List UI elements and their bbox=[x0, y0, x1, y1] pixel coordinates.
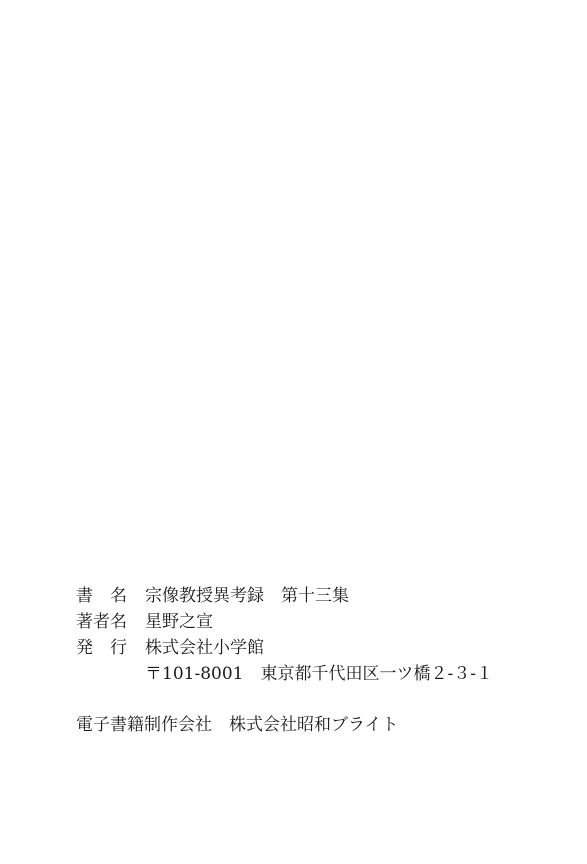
colophon-row-publisher: 発 行 株式会社小学館 bbox=[76, 635, 399, 661]
title-value: 宗像教授異考録 第十三集 bbox=[145, 583, 349, 609]
publisher-value: 株式会社小学館 bbox=[145, 635, 264, 661]
author-label: 著者名 bbox=[76, 609, 127, 635]
colophon-row-title: 書 名 宗像教授異考録 第十三集 bbox=[76, 583, 399, 609]
title-label: 書 名 bbox=[76, 583, 127, 609]
spacer bbox=[76, 688, 399, 712]
publisher-address: 〒101‐8001 東京都千代田区一ツ橋２‐３‐１ bbox=[145, 661, 493, 687]
colophon-row-address: 〒101‐8001 東京都千代田区一ツ橋２‐３‐１ bbox=[76, 661, 399, 688]
author-value: 星野之宣 bbox=[145, 609, 213, 635]
colophon: 書 名 宗像教授異考録 第十三集 著者名 星野之宣 発 行 株式会社小学館 〒1… bbox=[76, 583, 399, 738]
ebook-production-credit: 電子書籍制作会社 株式会社昭和ブライト bbox=[76, 712, 399, 738]
publisher-label: 発 行 bbox=[76, 635, 127, 661]
colophon-row-author: 著者名 星野之宣 bbox=[76, 609, 399, 635]
